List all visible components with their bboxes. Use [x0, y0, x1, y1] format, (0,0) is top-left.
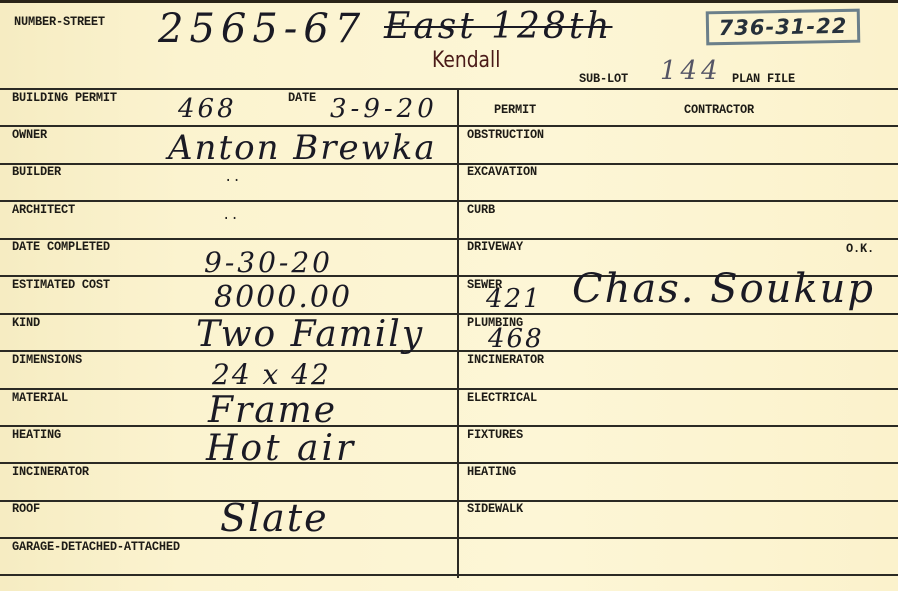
dimensions-value: 24 x 42	[212, 358, 331, 391]
building-permit-value: 468	[178, 94, 237, 124]
driveway-label: DRIVEWAY	[467, 239, 523, 254]
date-completed-value: 9-30-20	[204, 246, 333, 279]
number-street-value: 2565-67	[158, 6, 366, 52]
obstruction-label: OBSTRUCTION	[467, 127, 544, 142]
row-divider	[0, 238, 898, 240]
sidewalk-label: SIDEWALK	[467, 501, 523, 516]
building-permit-card: NUMBER-STREET 2565-67 East 128th Kendall…	[0, 0, 898, 591]
date-completed-label: DATE COMPLETED	[12, 239, 110, 254]
builder-label: BUILDER	[12, 164, 61, 179]
row-divider	[0, 350, 898, 352]
kind-value: Two Family	[196, 314, 424, 355]
street-struck-value: East 128th	[384, 6, 613, 47]
row-divider	[0, 500, 898, 502]
row-divider	[0, 462, 898, 464]
curb-label: CURB	[467, 202, 495, 217]
heating-value: Hot air	[206, 428, 356, 469]
material-label: MATERIAL	[12, 390, 68, 405]
estimated-cost-value: 8000.00	[214, 280, 352, 315]
plan-file-label: PLAN FILE	[732, 71, 795, 86]
plumbing-permit-value: 468	[488, 324, 544, 354]
roof-value: Slate	[220, 496, 329, 540]
architect-label: ARCHITECT	[12, 202, 75, 217]
row-divider	[0, 313, 898, 315]
owner-value: Anton Brewka	[168, 128, 437, 168]
roof-label: ROOF	[12, 501, 40, 516]
fixtures-label: FIXTURES	[467, 427, 523, 442]
sewer-permit-value: 421	[486, 284, 542, 314]
row-divider	[0, 88, 898, 90]
owner-label: OWNER	[12, 127, 47, 142]
architect-ditto: ..	[222, 208, 239, 224]
row-divider	[0, 125, 898, 127]
card-top-edge	[0, 0, 898, 3]
column-divider	[457, 88, 459, 578]
heating-label: HEATING	[12, 427, 61, 442]
card-stamp: 736-31-22	[706, 9, 861, 46]
sublot-value: 144	[660, 56, 722, 86]
material-value: Frame	[208, 390, 337, 431]
street-correction: Kendall	[432, 48, 500, 73]
electrical-label: ELECTRICAL	[467, 390, 537, 405]
estimated-cost-label: ESTIMATED COST	[12, 277, 110, 292]
incinerator-label: INCINERATOR	[12, 464, 89, 479]
incinerator-permit-label: INCINERATOR	[467, 352, 544, 367]
excavation-label: EXCAVATION	[467, 164, 537, 179]
stamp-number: 736-31-22	[718, 14, 847, 40]
garage-label: GARAGE-DETACHED-ATTACHED	[12, 539, 180, 554]
date-value: 3-9-20	[330, 94, 438, 124]
row-divider	[0, 425, 898, 427]
sewer-contractor-value: Chas. Soukup	[572, 266, 875, 312]
date-label: DATE	[288, 90, 316, 105]
contractor-column-header: CONTRACTOR	[684, 102, 754, 117]
heating-permit-label: HEATING	[467, 464, 516, 479]
row-divider	[0, 574, 898, 576]
builder-ditto: ..	[224, 170, 241, 186]
row-divider	[0, 200, 898, 202]
row-divider	[0, 388, 898, 390]
permit-column-header: PERMIT	[494, 102, 536, 117]
driveway-status: O.K.	[846, 241, 874, 256]
number-street-label: NUMBER-STREET	[14, 14, 105, 29]
kind-label: KIND	[12, 315, 40, 330]
building-permit-label: BUILDING PERMIT	[12, 90, 117, 105]
row-divider	[0, 163, 898, 165]
dimensions-label: DIMENSIONS	[12, 352, 82, 367]
sublot-label: SUB-LOT	[579, 71, 628, 86]
